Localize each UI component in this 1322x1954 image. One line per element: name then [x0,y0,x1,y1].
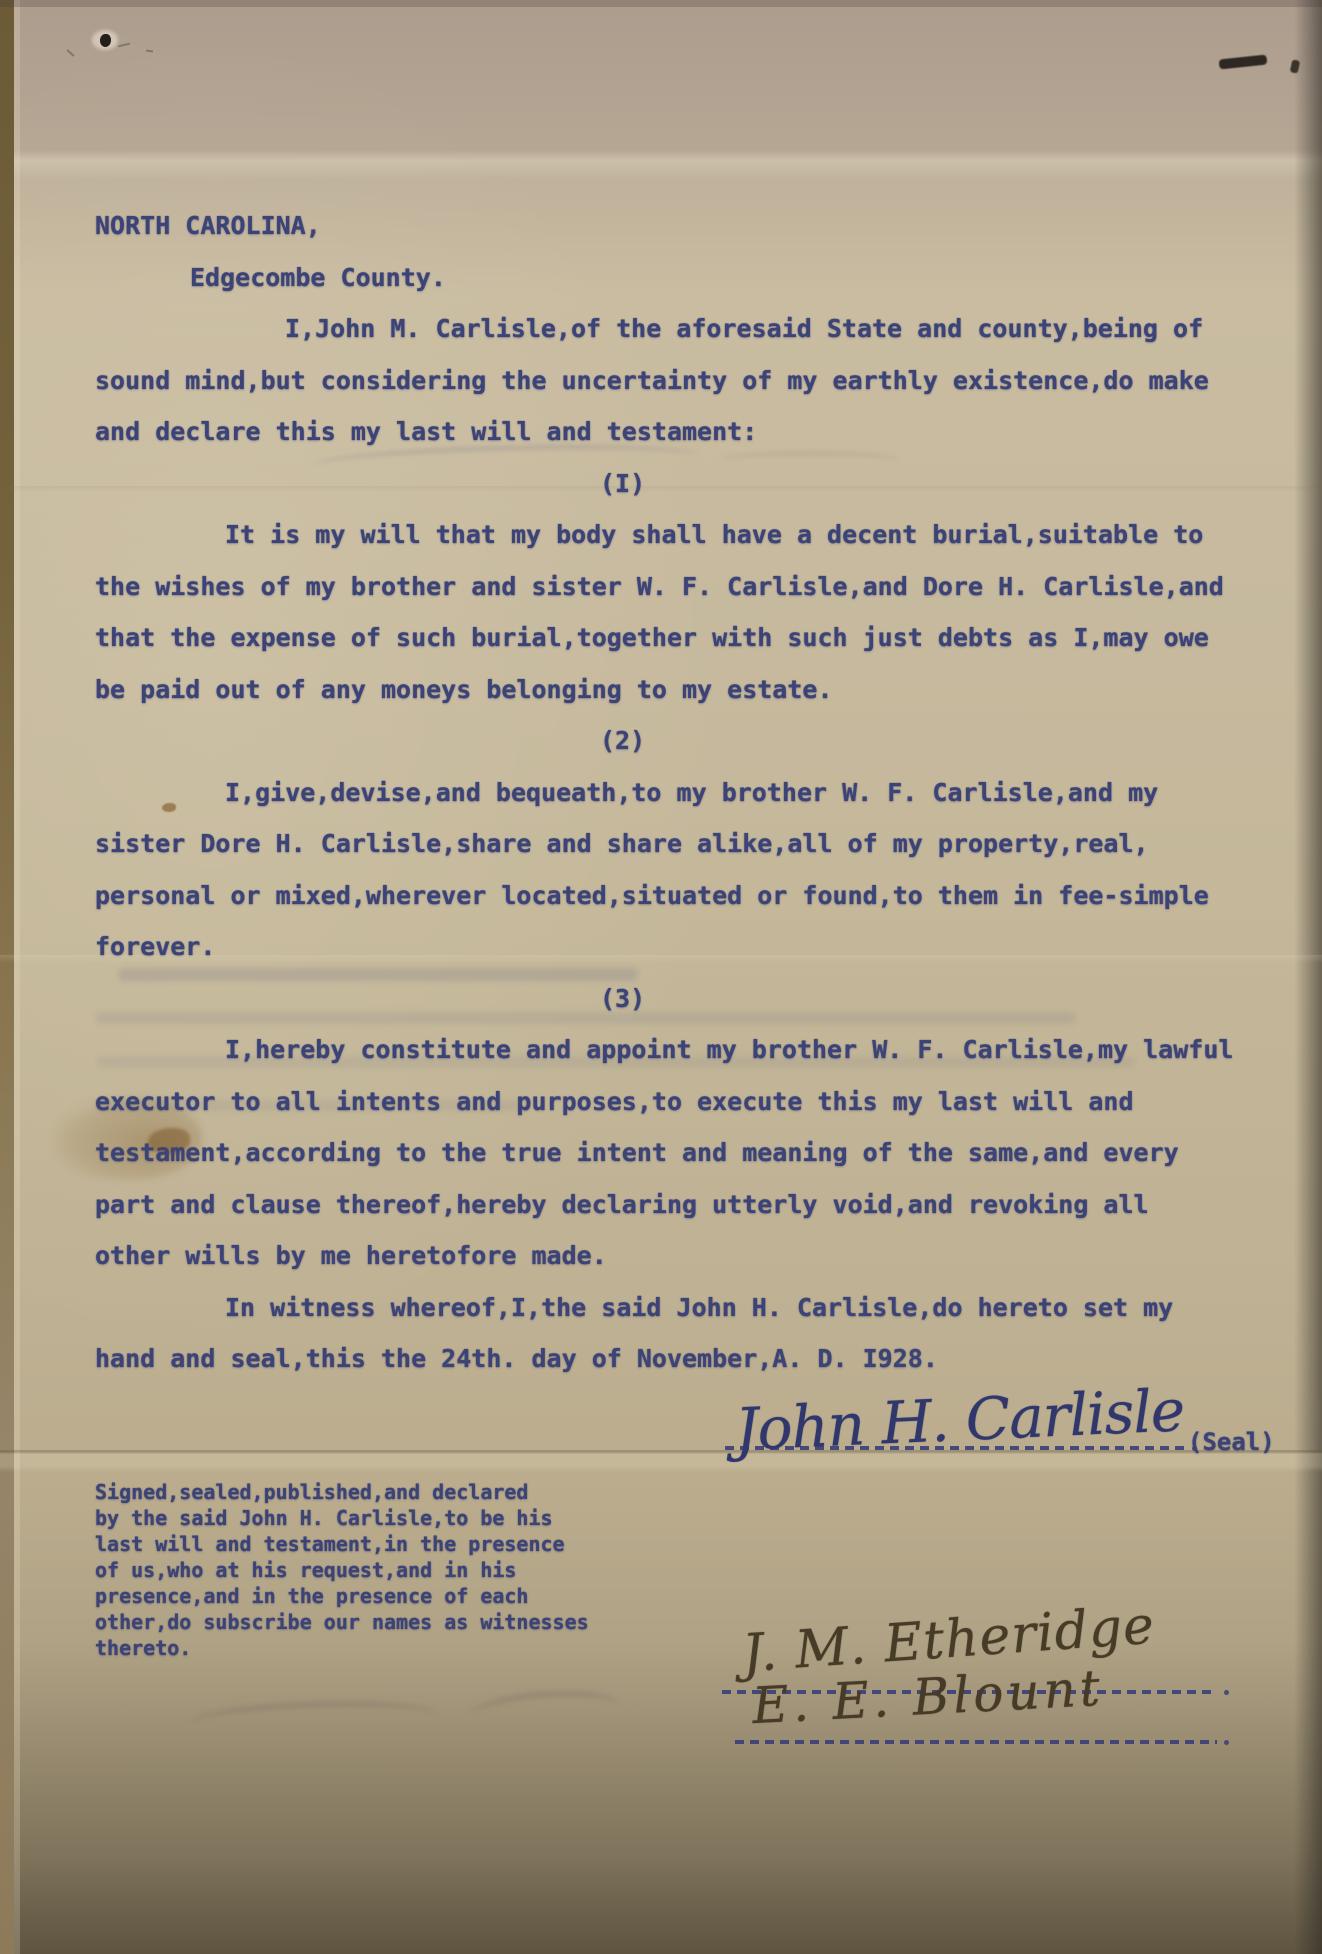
section-number-2: (2) [95,715,1233,767]
page-left-edge-highlight [14,0,20,1954]
pencil-tick [118,43,130,48]
typed-line: that the expense of such burial,together… [95,612,1233,664]
pencil-tick [66,49,74,57]
state-heading: NORTH CAROLINA, [95,200,1233,252]
attestation-block: Signed,sealed,published,and declared by … [95,1479,589,1661]
typed-line: the wishes of my brother and sister W. F… [95,561,1233,613]
typed-line: I,give,devise,and bequeath,to my brother… [95,767,1233,819]
typed-body: NORTH CAROLINA, Edgecombe County. I,John… [95,200,1233,1385]
typed-line: sister Dore H. Carlisle,share and share … [95,818,1233,870]
document-photo: NORTH CAROLINA, Edgecombe County. I,John… [0,0,1322,1954]
typed-line: part and clause thereof,hereby declaring… [95,1179,1233,1231]
ghost-scribble-artifact [187,1698,438,1742]
typed-line: forever. [95,921,1233,973]
page-top-shadow [0,0,1322,7]
typed-line: It is my will that my body shall have a … [95,509,1233,561]
witness-signature-line-2 [735,1740,1217,1744]
page-left-edge [0,0,14,1954]
attestation-line: Signed,sealed,published,and declared [95,1479,589,1505]
fold-crease-lower [0,1450,1322,1472]
page-right-shadow [1294,0,1322,1954]
ghost-scribble-artifact [469,1687,621,1736]
typed-line: executor to all intents and purposes,to … [95,1076,1233,1128]
typed-line: I,John M. Carlisle,of the aforesaid Stat… [95,303,1233,355]
attestation-line: other,do subscribe our names as witnesse… [95,1609,589,1635]
pencil-tick [146,50,153,53]
attestation-line: last will and testament,in the presence [95,1531,589,1557]
typed-line: I,hereby constitute and appoint my broth… [95,1024,1233,1076]
typed-line: sound mind,but considering the uncertain… [95,355,1233,407]
attestation-line: by the said John H. Carlisle,to be his [95,1505,589,1531]
punch-hole-mark [100,34,111,47]
attestation-line: presence,and in the presence of each [95,1583,589,1609]
section-number-3: (3) [95,973,1233,1025]
typed-line: personal or mixed,wherever located,situa… [95,870,1233,922]
seal-label: (Seal) [1188,1428,1275,1456]
typed-line: other wills by me heretofore made. [95,1230,1233,1282]
typed-line: hand and seal,this the 24th. day of Nove… [95,1333,1233,1385]
punch-hole-halo [92,30,118,50]
attestation-line: thereto. [95,1635,589,1661]
county-heading: Edgecombe County. [95,252,1233,304]
typed-line: In witness whereof,I,the said John H. Ca… [95,1282,1233,1334]
typed-line: be paid out of any moneys belonging to m… [95,664,1233,716]
staple-mark [1219,55,1268,70]
typed-line: and declare this my last will and testam… [95,406,1233,458]
section-number-1: (I) [95,458,1233,510]
attestation-line: of us,who at his request,and in his [95,1557,589,1583]
typed-line: testament,according to the true intent a… [95,1127,1233,1179]
